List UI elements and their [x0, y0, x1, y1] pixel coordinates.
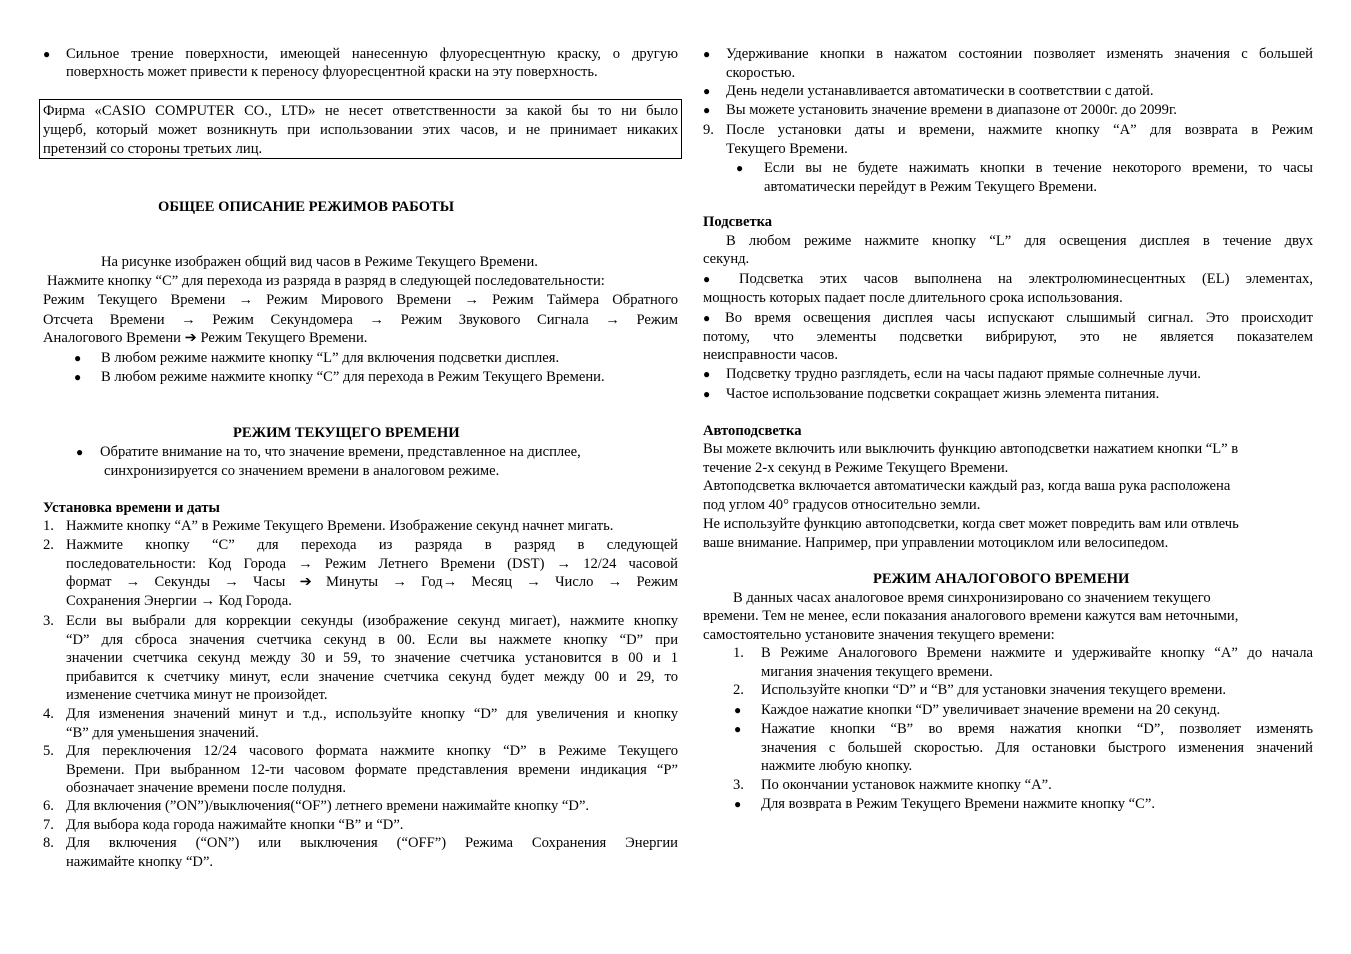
setting-step: нажимайте кнопку “D”.	[66, 853, 213, 871]
step-number: 7.	[43, 816, 54, 834]
bullet-icon: ●	[74, 368, 81, 386]
auto-text-line: Автоподсветка включается автоматически к…	[703, 477, 1230, 495]
bullet-icon: ●	[703, 385, 710, 403]
disclaimer-line: претензий со стороны третьих лиц.	[43, 140, 262, 158]
step-number: 2.	[733, 681, 744, 699]
general-bullet: В любом режиме нажмите кнопку “L” для вк…	[101, 349, 559, 367]
fluor-line: поверхность может привести к переносу фл…	[66, 63, 598, 81]
setting-step: “B” для уменьшения значений.	[66, 724, 259, 742]
setting-step: Нажмите кнопку “C” для перехода из разря…	[66, 536, 678, 554]
section-heading: РЕЖИМ АНАЛОГОВОГО ВРЕМЕНИ	[873, 570, 1129, 588]
setting-step: прибавится к счетчику минут, если значен…	[66, 668, 678, 686]
analog-step: нажмите любую кнопку.	[761, 757, 912, 775]
step-number: 3.	[733, 776, 744, 794]
bullet-icon: ●	[703, 270, 710, 288]
bullet-icon: ●	[703, 45, 710, 63]
setting-step: Для выбора кода города нажимайте кнопки …	[66, 816, 403, 834]
general-text: На рисунке изображен общий вид часов в Р…	[101, 253, 538, 271]
analog-intro: самостоятельно установите значения текущ…	[703, 626, 1055, 644]
analog-step: Для возврата в Режим Текущего Времени на…	[761, 795, 1155, 813]
info-bullet: автоматически перейдут в Режим Текущего …	[764, 178, 1097, 196]
bullet-icon: ●	[43, 45, 50, 63]
analog-step: мигания значения текущего времени.	[761, 663, 993, 681]
light-bullet: Подсветка этих часов выполнена на электр…	[739, 270, 1313, 288]
light-bullet: потому, что элементы подсветки вибрируют…	[703, 328, 1313, 346]
timekeeping-bullet: синхронизируется со значением времени в …	[104, 462, 499, 480]
step-number: 6.	[43, 797, 54, 815]
bullet-icon: ●	[734, 701, 741, 719]
setting-step: последовательности: Код Города → Режим Л…	[66, 555, 678, 573]
bullet-icon: ●	[76, 443, 83, 461]
setting-step: Сохранения Энергии → Код Города.	[66, 592, 292, 610]
bullet-icon: ●	[734, 720, 741, 738]
setting-step: “D” для сброса значения счетчика секунд …	[66, 631, 678, 649]
step-number: 4.	[43, 705, 54, 723]
bullet-icon: ●	[736, 159, 743, 177]
setting-step: Для переключения 12/24 часового формата …	[66, 742, 678, 760]
step-number: 5.	[43, 742, 54, 760]
subsection-heading: Подсветка	[703, 213, 772, 231]
fluor-line: Сильное трение поверхности, имеющей нане…	[66, 45, 678, 63]
setting-step: формат → Секунды → Часы ➔ Минуты → Год→ …	[66, 573, 678, 591]
light-bullet: мощность которых падает после длительног…	[703, 289, 1123, 307]
timekeeping-bullet: Обратите внимание на то, что значение вр…	[100, 443, 581, 461]
subsection-heading: Установка времени и даты	[43, 499, 220, 517]
setting-step: После установки даты и времени, нажмите …	[726, 121, 1313, 139]
disclaimer-line: Фирма «CASIO COMPUTER CO., LTD» не несет…	[43, 102, 678, 120]
light-bullet: Частое использование подсветки сокращает…	[726, 385, 1159, 403]
analog-intro: времени. Тем не менее, если показания ан…	[703, 607, 1238, 625]
setting-step: изменение счетчика минут не произойдет.	[66, 686, 328, 704]
info-bullet: Вы можете установить значение времени в …	[726, 101, 1177, 119]
analog-intro: В данных часах аналоговое время синхрони…	[733, 589, 1211, 607]
light-intro: В любом режиме нажмите кнопку “L” для ос…	[726, 232, 1313, 250]
bullet-icon: ●	[703, 309, 710, 327]
info-bullet: скоростью.	[726, 64, 795, 82]
general-bullet: В любом режиме нажмите кнопку “C” для пе…	[101, 368, 605, 386]
analog-step: По окончании установок нажмите кнопку “A…	[761, 776, 1052, 794]
step-number: 2.	[43, 536, 54, 554]
setting-step: Текущего Времени.	[726, 140, 848, 158]
setting-step: обозначает значение времени после полудн…	[66, 779, 346, 797]
general-text: Нажмите кнопку “C” для перехода из разря…	[47, 272, 605, 290]
general-text: Аналогового Времени ➔ Режим Текущего Вре…	[43, 329, 367, 347]
analog-step: Нажатие кнопки “B” во время нажатия кноп…	[761, 720, 1313, 738]
info-bullet: Если вы не будете нажимать кнопки в тече…	[764, 159, 1313, 177]
light-bullet: Во время освещения дисплея часы испускаю…	[725, 309, 1313, 327]
bullet-icon: ●	[703, 365, 710, 383]
auto-text-line: течение 2-х секунд в Режиме Текущего Вре…	[703, 459, 1008, 477]
disclaimer-line: ущерб, который может возникнуть при испо…	[43, 121, 678, 139]
bullet-icon: ●	[734, 795, 741, 813]
section-heading: ОБЩЕЕ ОПИСАНИЕ РЕЖИМОВ РАБОТЫ	[158, 198, 454, 216]
light-bullet: Подсветку трудно разглядеть, если на час…	[726, 365, 1201, 383]
analog-step: В Режиме Аналогового Времени нажмите и у…	[761, 644, 1313, 662]
setting-step: Для включения (”ON”)/выключения(“OF”) ле…	[66, 797, 589, 815]
bullet-icon: ●	[74, 349, 81, 367]
info-bullet: Удерживание кнопки в нажатом состоянии п…	[726, 45, 1313, 63]
step-number: 8.	[43, 834, 54, 852]
analog-step: Используйте кнопки “D” и “B” для установ…	[761, 681, 1226, 699]
analog-step: значения с большей скоростью. Для остано…	[761, 739, 1313, 757]
subsection-heading: Автоподсветка	[703, 422, 802, 440]
step-number: 1.	[733, 644, 744, 662]
bullet-icon: ●	[703, 101, 710, 119]
setting-step: значении счетчика секунд между 30 и 59, …	[66, 649, 678, 667]
general-text: Режим Текущего Времени → Режим Мирового …	[43, 291, 678, 309]
auto-text-line: Вы можете включить или выключить функцию…	[703, 440, 1238, 458]
light-intro: секунд.	[703, 250, 749, 268]
info-bullet: День недели устанавливается автоматическ…	[726, 82, 1153, 100]
setting-step: Если вы выбрали для коррекции секунды (и…	[66, 612, 678, 630]
setting-step: Для включения (“ON”) или выключения (“OF…	[66, 834, 678, 852]
section-heading: РЕЖИМ ТЕКУЩЕГО ВРЕМЕНИ	[233, 424, 460, 442]
general-text: Отсчета Времени → Режим Секундомера → Ре…	[43, 311, 678, 329]
step-number: 1.	[43, 517, 54, 535]
setting-step: Времени. При выбранном 12-ти часовом фор…	[66, 761, 678, 779]
step-number: 9.	[703, 121, 714, 139]
auto-text-line: Не используйте функцию автоподсветки, ко…	[703, 515, 1239, 533]
auto-text-line: ваше внимание. Например, при управлении …	[703, 534, 1168, 552]
setting-step: Для изменения значений минут и т.д., исп…	[66, 705, 678, 723]
light-bullet: неисправности часов.	[703, 346, 838, 364]
bullet-icon: ●	[703, 82, 710, 100]
step-number: 3.	[43, 612, 54, 630]
auto-text-line: под углом 40° градусов относительно земл…	[703, 496, 980, 514]
setting-step: Нажмите кнопку “A” в Режиме Текущего Вре…	[66, 517, 613, 535]
analog-step: Каждое нажатие кнопки “D” увеличивает зн…	[761, 701, 1220, 719]
